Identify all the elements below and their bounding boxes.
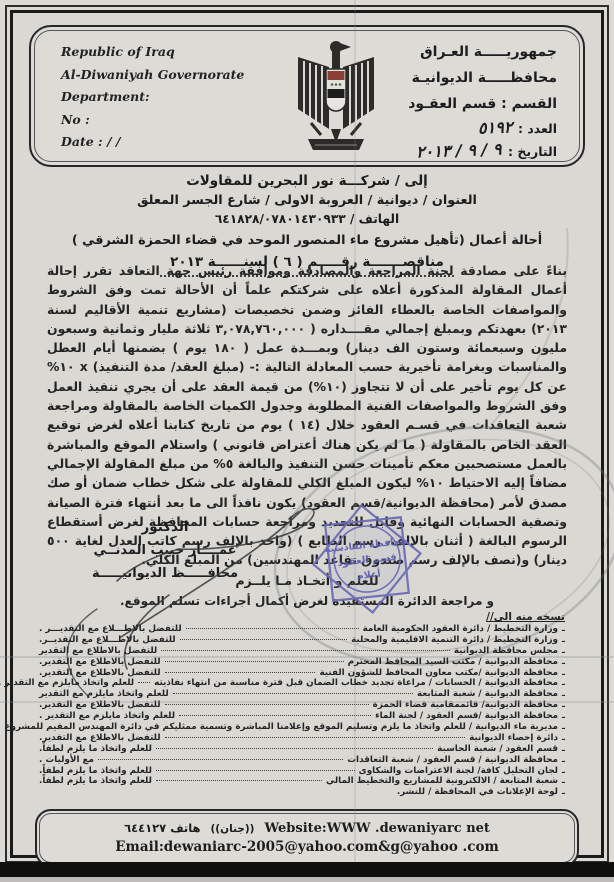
signer-position: محافـــــظ الديوانيـــــة: [65, 562, 265, 585]
cc-bullet: ـ: [562, 776, 565, 786]
cc-note: للتفضل بالاطلاع مع التقدير.: [39, 733, 161, 743]
governorate-ar: محافظـــــة الديوانيـة: [396, 65, 557, 91]
cc-leader-dots: [165, 704, 369, 705]
cc-leader-dots: [180, 639, 347, 640]
subject-line: أحالة أعمال (تأهيل مشروع ماء المنصور الم…: [13, 231, 601, 251]
letterhead-english: Republic of Iraq Al-Diwaniyah Governorat…: [35, 31, 276, 161]
scan-edge-light-strip: [0, 877, 614, 882]
cc-recipient: لوحة الإعلانات في المحافظة / للنشر.: [397, 787, 558, 797]
cc-bullet: ـ: [562, 755, 565, 765]
cc-bullet: ـ: [562, 678, 565, 688]
department-label-en: Department:: [61, 86, 276, 109]
cc-note: للتفضل بالاطلاع مع التقدير.: [39, 657, 161, 667]
cc-bullet: ـ: [562, 624, 565, 634]
cc-item: ـلجان التحليل كافة/ لجنة الاعتراضات والش…: [39, 766, 565, 777]
vertical-fold-line: [354, 0, 356, 882]
date-label-en: Date : / /: [61, 131, 276, 154]
scan-edge-black-strip: [0, 862, 614, 877]
cc-item: ـلوحة الإعلانات في المحافظة / للنشر.: [39, 787, 565, 798]
cc-recipient: مجلس محافظة الديوانية: [454, 646, 558, 656]
cc-bullet: ـ: [562, 646, 565, 656]
cc-bullet: ـ: [562, 689, 565, 699]
horizontal-fold-line-1: [0, 656, 614, 658]
cc-item: ـدائرة إحصاء الديوانيةللتفضل بالاطلاع مع…: [39, 733, 565, 744]
signer-title: الدكتور: [65, 515, 265, 539]
cc-item: ـمحافظة الديوانية / قسم العقود / شعبة ال…: [39, 755, 565, 766]
ref-number-value: ٥١٩٢: [477, 116, 512, 139]
cc-bullet: ـ: [562, 635, 565, 645]
cc-recipient: قسم العقود / شعبة الحاسبة: [437, 744, 558, 754]
scanned-letter-page: { "header": { "english": { "line1": "Rep…: [0, 0, 614, 882]
cc-item: ـمحافظة الديوانية / مكتب السيد المحافظ ا…: [39, 657, 565, 668]
cc-recipient: لجان التحليل كافة/ لجنة الاعتراضات والشك…: [359, 766, 558, 776]
cc-recipient: وزارة التخطيط / دائرة العقود الحكومية ال…: [363, 624, 558, 634]
cc-recipient: محافظة الديوانية /قسم العقود / لجنة الما…: [375, 711, 558, 721]
ref-date-value: ٩ / ٩ / ٢٠١٣: [416, 139, 502, 164]
cc-recipient: محافظة الديوانية / شعبة المتابعة: [417, 689, 558, 699]
cc-leader-dots: [156, 748, 433, 749]
footer-phone: هاتف ٦٤٤١٢٧: [124, 821, 200, 835]
country-en: Republic of Iraq: [61, 41, 276, 64]
cc-leader-dots: [179, 715, 371, 716]
governorate-en: Al-Diwaniyah Governorate: [61, 64, 276, 87]
cc-note: للعلم واتخاذ ما يلزم لطفاً.: [39, 776, 152, 786]
footer-line1: هاتف ٦٤٤١٢٧ ((جنان)) Website:WWW .dewani…: [124, 821, 490, 836]
cc-note: مع الأوليات .: [39, 755, 94, 765]
cc-bullet: ـ: [562, 657, 565, 667]
cc-leader-dots: [138, 682, 150, 683]
cc-leader-dots: [165, 737, 466, 738]
cc-item: ـمحافظة الديوانية /قسم العقود / لجنة الم…: [39, 711, 565, 722]
cc-item: ـمحافظة الديوانية / الحسابات / مراعاة تج…: [39, 678, 565, 689]
cc-heading: نسخه منه الى//: [39, 610, 565, 624]
cc-note: للتفضل بالاطلاع مع التقدير: [39, 646, 157, 656]
cc-item: ـمديرية ماء الديوانية / للعلم واتخاذ ما …: [39, 722, 565, 733]
signer-name: عمــــار حبيب المدنــي: [65, 539, 265, 562]
cc-note: للتفضل بالاطلاع مع التقدير.: [39, 668, 161, 678]
cc-recipient: مديرية ماء الديوانية / للعلم واتخاذ ما ي…: [4, 722, 558, 732]
country-ar: جمهوريـــــة العـراق: [396, 39, 557, 65]
cc-leader-dots: [165, 672, 316, 673]
cc-note: للتفضل بالاطـــلاع مع التقديــر.: [39, 635, 176, 645]
cc-item: ـمحافظة الديوانية / شعبة المتابعةللعلم و…: [39, 689, 565, 700]
signature-block: الدكتور عمــــار حبيب المدنــي محافـــــ…: [65, 515, 265, 585]
cc-item: ـقسم العقود / شعبة الحاسبةللعلم واتخاذ م…: [39, 744, 565, 755]
cc-note: للتفضل بالاطـــلاع مع التقديـــر .: [39, 624, 182, 634]
cc-list: ـوزارة التخطيط / دائرة العقود الحكومية ا…: [39, 624, 565, 798]
cc-leader-dots: [186, 628, 359, 629]
ref-number-row: العدد : ٥١٩٢: [396, 117, 557, 140]
footer-email: Email:dewaniarc-2005@yahoo.com&g@yahoo .…: [115, 839, 499, 855]
cc-recipient: محافظة الديوانية / الحسابات / مراعاة تجد…: [154, 678, 558, 688]
footer-contact-box: هاتف ٦٤٤١٢٧ ((جنان)) Website:WWW .dewani…: [35, 809, 579, 867]
page-border-frame: Republic of Iraq Al-Diwaniyah Governorat…: [10, 10, 604, 858]
footer-annotation: ((جنان)): [211, 823, 255, 835]
ref-number-label: العدد :: [518, 118, 557, 140]
cc-bullet: ـ: [562, 744, 565, 754]
cc-recipient: دائرة إحصاء الديوانية: [469, 733, 558, 743]
cc-leader-dots: [156, 780, 322, 781]
ref-date-label: التاريخ :: [508, 141, 557, 163]
cc-item: ـوزارة التخطيط / دائرة التنمية الاقليمية…: [39, 635, 565, 646]
cc-bullet: ـ: [562, 766, 565, 776]
cc-leader-dots: [161, 650, 450, 651]
cc-note: للعلم واتخاذ مايلزم مع التقدير .: [0, 678, 134, 688]
cc-bullet: ـ: [562, 722, 565, 732]
cc-bullet: ـ: [562, 668, 565, 678]
letterhead-box: Republic of Iraq Al-Diwaniyah Governorat…: [29, 25, 585, 167]
cc-recipient: محافظة الديوانية / مكتب السيد المحافظ ال…: [348, 657, 558, 667]
cc-recipient: محافظة الديوانية / قسم العقود / شعبة الت…: [347, 755, 558, 765]
recipient-to: إلى / شركـــة نور البحرين للمقاولات: [13, 171, 601, 191]
cc-recipient: شعبة المتابعة / الالكترونية للمشاريع وال…: [326, 776, 558, 786]
section-ar: القسم : قسم العقـود: [396, 91, 557, 117]
cc-note: للعلم واتخاذ مايلزم مع التقدير: [39, 689, 169, 699]
cc-bullet: ـ: [562, 787, 565, 797]
footer-website: Website:WWW .dewaniyarc net: [264, 821, 489, 836]
recipient-phone: الهاتف / ٦٤١٨٢٨/٠٧٨٠١٤٣٠٩٣٣: [13, 210, 601, 229]
recipient-address: العنوان / ديوانية / العروبة الاولى / شار…: [13, 191, 601, 210]
cc-bullet: ـ: [562, 711, 565, 721]
iraq-eagle-emblem: [276, 31, 396, 161]
scanned-paper-background: Republic of Iraq Al-Diwaniyah Governorat…: [0, 0, 614, 882]
letterhead-inner: Republic of Iraq Al-Diwaniyah Governorat…: [34, 30, 580, 162]
cc-note: للعلم واتخاذ ما يلزم لطفاً.: [39, 744, 152, 754]
cc-section: نسخه منه الى// ـوزارة التخطيط / دائرة ال…: [39, 610, 565, 798]
no-label-en: No :: [61, 109, 276, 132]
ref-date-row: التاريخ : ٩ / ٩ / ٢٠١٣: [396, 140, 557, 163]
letterhead-arabic: جمهوريـــــة العـراق محافظـــــة الديوان…: [396, 31, 579, 161]
cc-bullet: ـ: [562, 733, 565, 743]
eagle-of-saladin-icon: [290, 37, 382, 155]
cc-recipient: وزارة التخطيط / دائرة التنمية الاقليمية …: [351, 635, 558, 645]
cc-leader-dots: [165, 661, 344, 662]
cc-item: ـوزارة التخطيط / دائرة العقود الحكومية ا…: [39, 624, 565, 635]
cc-note: للعلم واتخاذ مايلزم مع التقدير .: [39, 711, 175, 721]
cc-leader-dots: [173, 693, 413, 694]
cc-item: ـشعبة المتابعة / الالكترونية للمشاريع وا…: [39, 776, 565, 787]
cc-leader-dots: [98, 759, 343, 760]
cc-item: ـمحافظة الديوانية /مكتب معاون المحافظ لل…: [39, 668, 565, 679]
horizontal-fold-line-2: [0, 701, 614, 703]
cc-leader-dots: [156, 770, 355, 771]
cc-note: للعلم واتخاذ ما يلزم لطفاً.: [39, 766, 152, 776]
footer-contact-inner: هاتف ٦٤٤١٢٧ ((جنان)) Website:WWW .dewani…: [39, 813, 575, 863]
